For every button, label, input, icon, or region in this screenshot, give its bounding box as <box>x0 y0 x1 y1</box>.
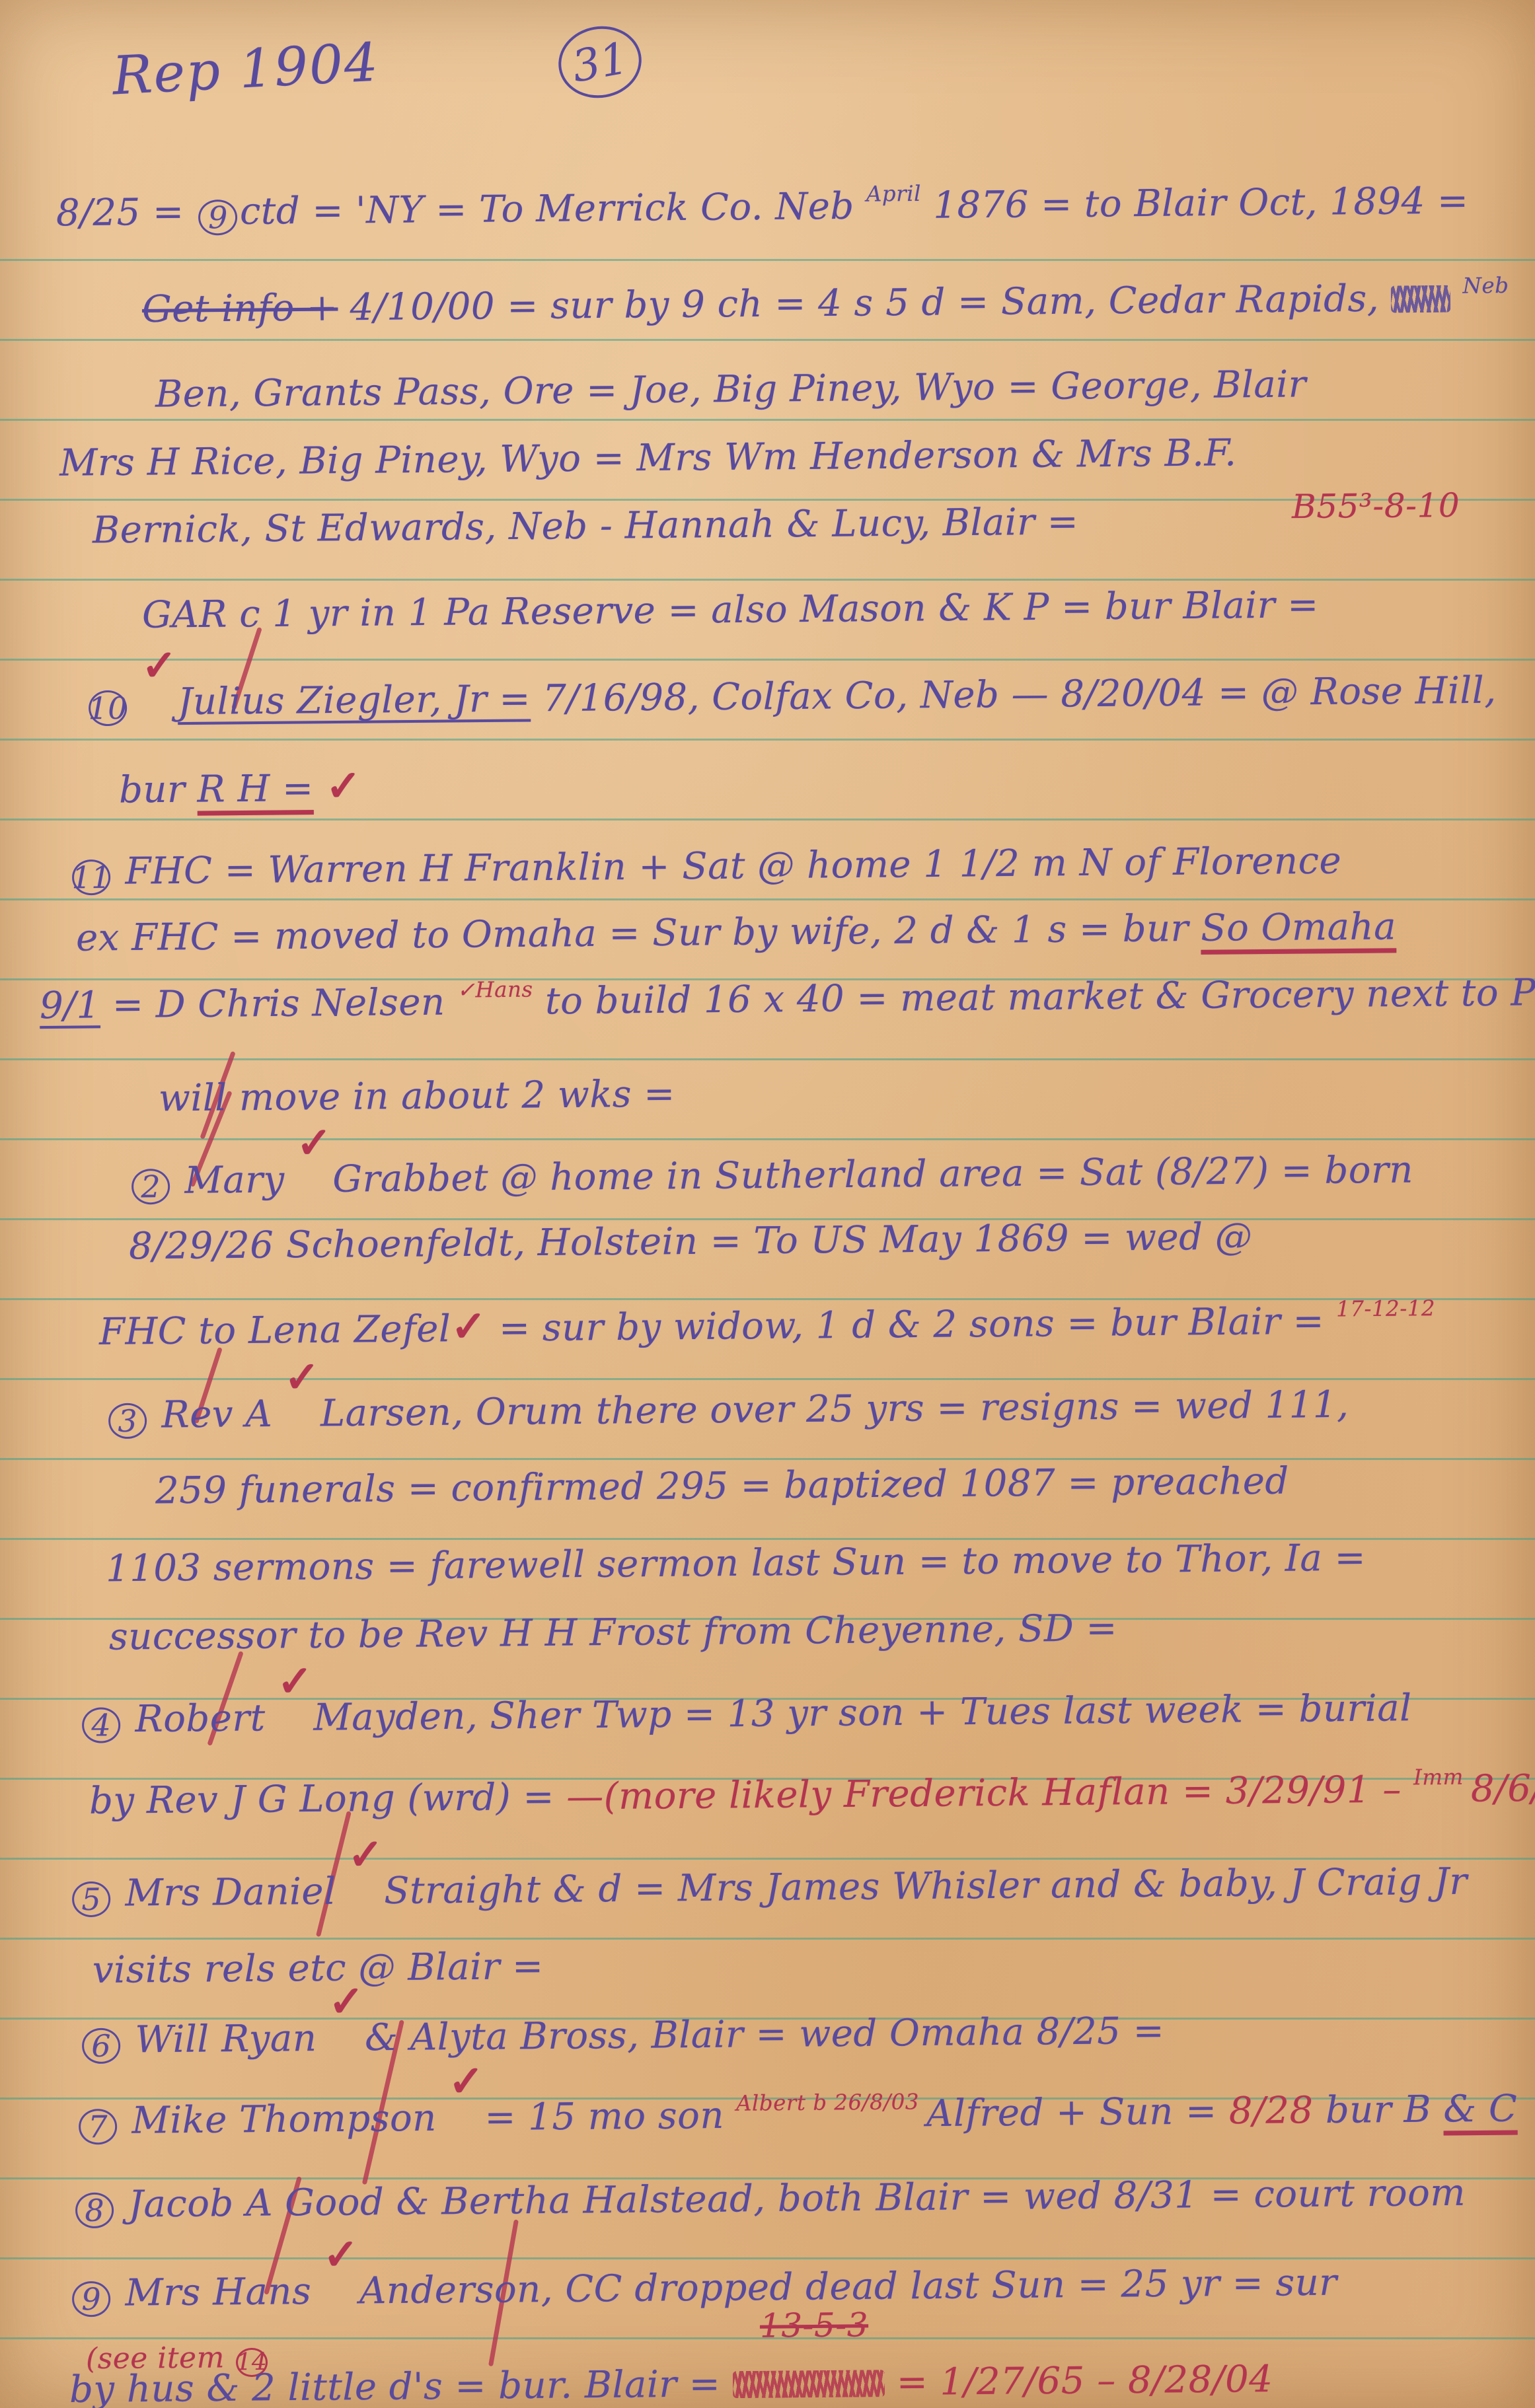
text-segment: = D Chris Nelsen <box>100 981 457 1027</box>
handwritten-line: 13-5-3 <box>760 2306 869 2345</box>
handwritten-line: 10 ✓Julius Ziegler, Jr = 7/16/98, Colfax… <box>86 665 1497 727</box>
text-segment: —(more likely Frederick Haflan = 3/29/91… <box>566 1768 1413 1818</box>
circled-number: 5 <box>72 1881 111 1917</box>
circled-number: 4 <box>82 1707 121 1743</box>
handwritten-line: 2 Mary ✓Grabbet @ home in Sutherland are… <box>129 1144 1413 1205</box>
text-segment: Mike Thompson <box>120 2097 449 2142</box>
handwritten-line: 5 Mrs Daniel ✓Straight & d = Mrs James W… <box>69 1856 1468 1917</box>
handwritten-line: 8/29/26 Schoenfeldt, Holstein = To US Ma… <box>129 1216 1253 1268</box>
text-segment: FHC = Warren H Franklin + Sat @ home 1 1… <box>113 840 1341 893</box>
text-segment: Rev A <box>149 1393 285 1437</box>
text-segment: visits rels etc @ Blair = <box>93 1945 544 1992</box>
text-segment <box>130 681 142 724</box>
text-segment: 8/28 <box>1229 2089 1314 2133</box>
handwritten-line: 6 Will Ryan ✓& Alyta Bross, Blair = wed … <box>79 2005 1165 2064</box>
text-segment: & C <box>1443 2087 1518 2131</box>
text-segment: Mrs Daniel <box>113 1870 348 1915</box>
text-segment: 8/6/04 <box>1471 1767 1535 1811</box>
notebook-page: Rep 1904 31 8/25 = 9ctd = 'NY = To Merri… <box>0 0 1535 2408</box>
text-segment: Will Ryan <box>123 2017 329 2062</box>
handwritten-line: 259 funerals = confirmed 295 = baptized … <box>155 1461 1289 1513</box>
ink-scribble <box>1391 285 1450 312</box>
circled-number: 9 <box>72 2281 111 2317</box>
text-segment: Mayden, Sher Twp = 13 yr son + Tues last… <box>313 1687 1412 1739</box>
handwritten-line: GAR c 1 yr in 1 Pa Reserve = also Mason … <box>142 584 1319 637</box>
handwritten-line: 9 Mrs Hans ✓Anderson, CC dropped dead la… <box>69 2257 1337 2317</box>
red-check-mark: ✓ <box>323 2230 359 2280</box>
text-segment: So Omaha <box>1201 905 1396 950</box>
text-segment: Imm <box>1413 1765 1471 1790</box>
text-segment: ctd = 'NY = To Merrick Co. Neb <box>240 185 867 233</box>
handwritten-line: Ben, Grants Pass, Ore = Joe, Big Piney, … <box>155 363 1306 416</box>
text-segment: Neb <box>1462 273 1509 299</box>
page-title: Rep 1904 <box>111 31 381 106</box>
red-check-mark: ✓ <box>277 1657 313 1706</box>
text-segment: Get info + <box>142 286 338 331</box>
text-segment: GAR c 1 yr in 1 Pa Reserve = also Mason … <box>142 583 1319 637</box>
handwritten-line: Mrs H Rice, Big Piney, Wyo = Mrs Wm Hend… <box>59 432 1237 485</box>
text-segment: 9/1 <box>40 984 100 1027</box>
text-segment: 8/29/26 Schoenfeldt, Holstein = To US Ma… <box>129 1216 1253 1268</box>
circled-number: 10 <box>89 690 128 727</box>
handwritten-line: 4 Robert ✓Mayden, Sher Twp = 13 yr son +… <box>79 1682 1412 1743</box>
handwritten-line: Get info + 4/10/00 = sur by 9 ch = 4 s 5… <box>142 277 1509 331</box>
circled-number: 8 <box>75 2192 114 2228</box>
handwritten-line: FHC to Lena Zefel✓ = sur by widow, 1 d &… <box>99 1294 1436 1355</box>
text-segment: ex FHC = moved to Omaha = Sur by wife, 2… <box>76 907 1201 960</box>
circled-number: 9 <box>198 200 237 236</box>
handwritten-line: will move in about 2 wks = <box>159 1074 675 1120</box>
text-segment: Bernick, St Edwards, Neb - Hannah & Lucy… <box>93 500 1079 552</box>
handwritten-line: by Rev J G Long (wrd) = —(more likely Fr… <box>89 1767 1535 1823</box>
text-segment: by Rev J G Long (wrd) = <box>89 1776 567 1823</box>
text-segment: 259 funerals = confirmed 295 = baptized … <box>155 1460 1289 1513</box>
text-segment: 17-12-12 <box>1336 1295 1435 1321</box>
text-segment: = 15 mo son <box>484 2094 736 2139</box>
handwritten-line: successor to be Rev H H Frost from Cheye… <box>109 1607 1117 1659</box>
text-segment: by hus & 2 little d's = bur. Blair = <box>69 2362 733 2408</box>
handwritten-line: bur R H = ✓ <box>119 762 362 813</box>
text-segment: = sur by widow, 1 d & 2 sons = bur Blair… <box>486 1299 1336 1350</box>
red-check-mark: ✓ <box>348 1831 384 1880</box>
text-segment: to build 16 x 40 = meat market & Grocery… <box>533 970 1535 1023</box>
text-segment: FHC to Lena Zefel <box>99 1307 451 1354</box>
text-segment: Julius Ziegler, Jr = <box>178 677 531 723</box>
text-segment: 7/16/98, Colfax Co, Neb — 8/20/04 = @ Ro… <box>531 669 1497 721</box>
text-segment: bur <box>119 768 198 812</box>
circled-number: 6 <box>82 2027 121 2064</box>
handwritten-line: 9/1 = D Chris Nelsen ✓Hans to build 16 x… <box>40 970 1535 1028</box>
circled-number: 11 <box>72 859 111 896</box>
red-check-mark: ✓ <box>451 1302 487 1352</box>
text-segment: Albert b 26/8/03 <box>736 2089 926 2116</box>
text-segment: 1103 sermons = farewell sermon last Sun … <box>106 1537 1367 1591</box>
text-segment: Straight & d = Mrs James Whisler and & b… <box>384 1860 1468 1913</box>
red-check-mark: ✓ <box>296 1118 332 1168</box>
red-check-mark: ✓ <box>328 1977 365 2027</box>
text-segment: successor to be Rev H H Frost from Cheye… <box>109 1607 1117 1658</box>
handwritten-line: 1103 sermons = farewell sermon last Sun … <box>106 1537 1367 1591</box>
text-segment: R H = <box>197 767 314 811</box>
ink-scribble <box>732 2370 884 2398</box>
red-check-mark: ✓ <box>284 1353 320 1403</box>
handwritten-line: visits rels etc @ Blair = <box>93 1946 544 1992</box>
text-segment <box>313 767 326 810</box>
text-segment: Grabbet @ home in Sutherland area = Sat … <box>332 1149 1413 1201</box>
text-segment: Mary <box>172 1158 297 1202</box>
text-segment: Anderson, CC dropped dead last Sun = 25 … <box>359 2261 1337 2313</box>
text-segment: Ben, Grants Pass, Ore = Joe, Big Piney, … <box>155 363 1306 416</box>
handwritten-line: 8/25 = 9ctd = 'NY = To Merrick Co. Neb A… <box>56 180 1469 237</box>
text-segment: bur B <box>1313 2088 1443 2132</box>
page-number-badge: 31 <box>553 20 648 104</box>
text-segment <box>1450 277 1463 320</box>
text-segment: B55³-8-10 <box>1292 486 1460 526</box>
text-segment: 13-5-3 <box>760 2306 869 2345</box>
text-segment: Robert <box>123 1697 278 1741</box>
text-segment: 1876 = to Blair Oct, 1894 = <box>921 180 1469 227</box>
circled-number: 7 <box>79 2109 118 2145</box>
red-check-mark: ✓ <box>448 2057 484 2107</box>
handwritten-line: B55³-8-10 <box>1292 487 1460 527</box>
text-segment: ✓Hans <box>457 977 533 1003</box>
handwritten-line: 11 FHC = Warren H Franklin + Sat @ home … <box>69 840 1342 896</box>
handwritten-line: Bernick, St Edwards, Neb - Hannah & Lucy… <box>93 501 1079 552</box>
text-segment: Larsen, Orum there over 25 yrs = resigns… <box>320 1383 1349 1436</box>
text-segment: 8/25 = <box>56 190 196 235</box>
handwritten-line: 8 Jacob A Good & Bertha Halstead, both B… <box>73 2172 1466 2228</box>
handwritten-line: 3 Rev A ✓Larsen, Orum there over 25 yrs … <box>106 1379 1349 1439</box>
handwritten-line: 7 Mike Thompson ✓= 15 mo son Albert b 26… <box>76 2082 1518 2144</box>
handwritten-line: ex FHC = moved to Omaha = Sur by wife, 2… <box>76 906 1396 960</box>
circled-number: 2 <box>131 1169 170 1205</box>
red-check-mark: ✓ <box>325 761 361 811</box>
text-segment: Alfred + Sun = <box>926 2090 1229 2135</box>
text-segment: April <box>866 181 921 207</box>
text-segment: Jacob A Good & Bertha Halstead, both Bla… <box>116 2171 1466 2226</box>
text-segment: Mrs H Rice, Big Piney, Wyo = Mrs Wm Hend… <box>59 431 1237 485</box>
text-segment: will move in about 2 wks = <box>159 1073 675 1120</box>
text-segment: = 1/27/65 – 8/28/04 <box>884 2358 1273 2404</box>
text-segment: 4/10/00 = sur by 9 ch = 4 s 5 d = Sam, C… <box>338 277 1392 330</box>
circled-number: 3 <box>108 1403 147 1439</box>
red-check-mark: ✓ <box>141 641 178 691</box>
text-segment: Mrs Hans <box>113 2270 324 2315</box>
text-segment: & Alyta Bross, Blair = wed Omaha 8/25 = <box>365 2010 1165 2060</box>
